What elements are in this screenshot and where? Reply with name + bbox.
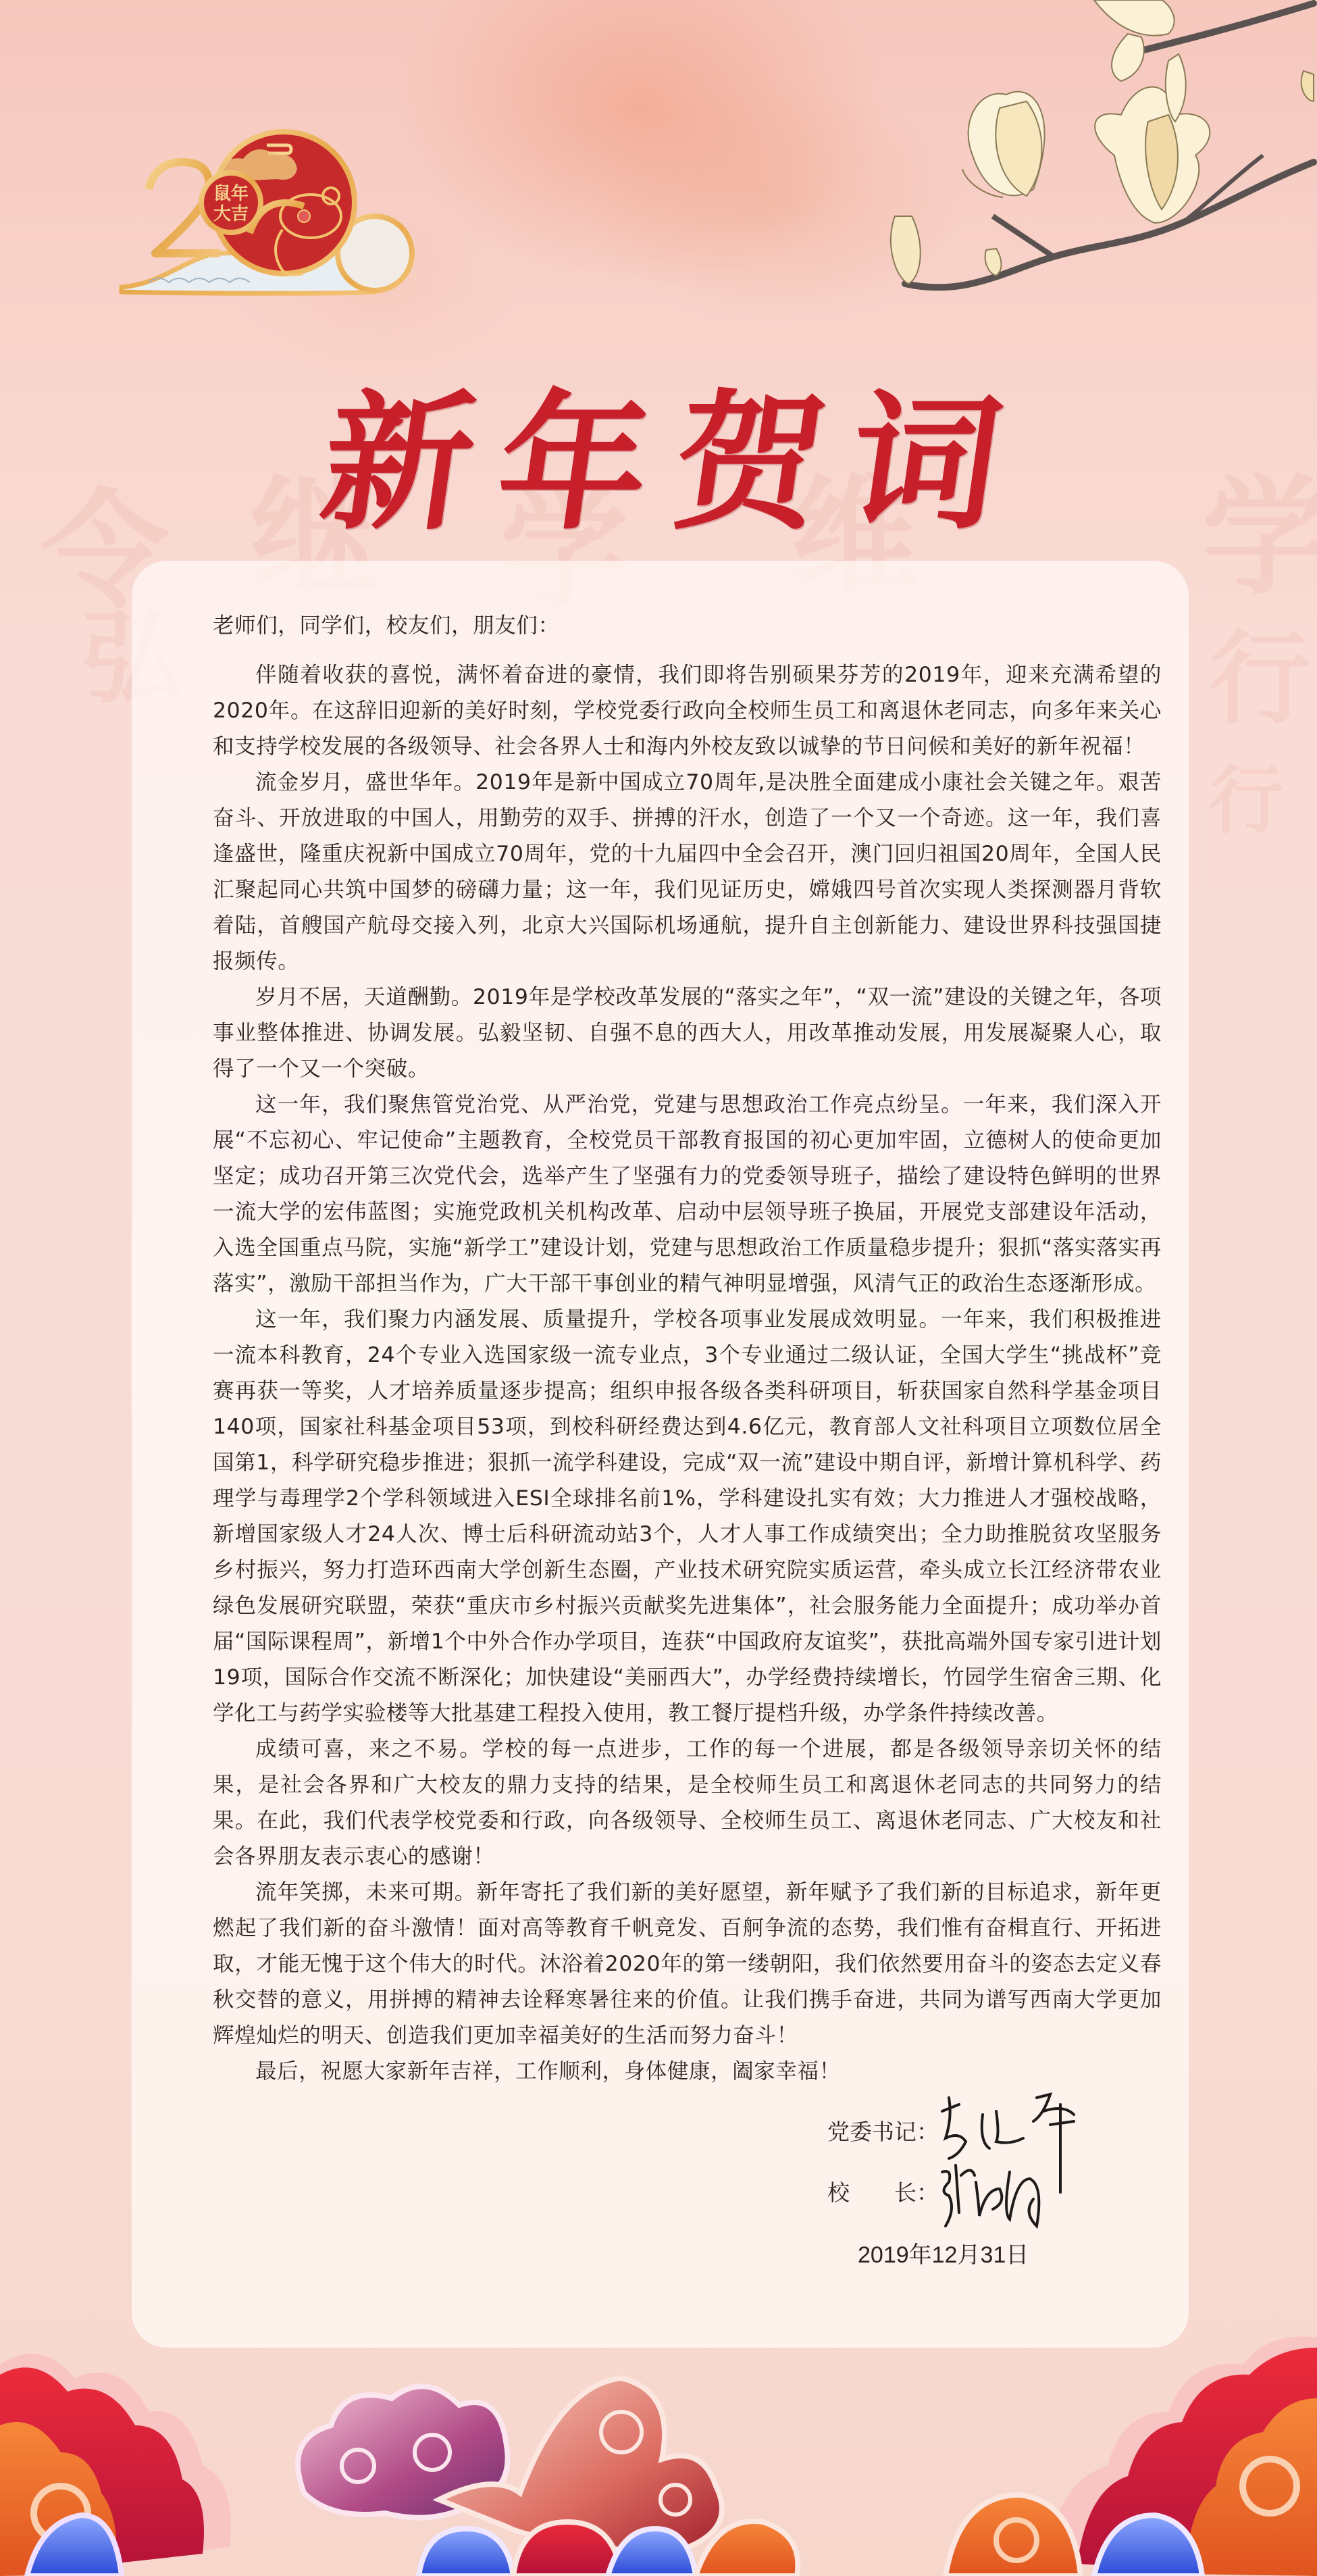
magnolia-branch-decoration bbox=[831, 0, 1317, 311]
title-char: 词 bbox=[840, 388, 1010, 537]
page-title: 新 年 贺 词 bbox=[324, 361, 1000, 564]
signature-label: 校 长： bbox=[827, 2175, 939, 2207]
magnolia-flower-icon bbox=[831, 0, 1317, 311]
signature-label: 党委书记： bbox=[827, 2115, 939, 2146]
letter-date: 2019年12月31日 bbox=[858, 2236, 1029, 2269]
letter-paragraph: 这一年，我们聚力内涵发展、质量提升，学校各项事业发展成效明显。一年来，我们积极推… bbox=[213, 1302, 1162, 1732]
watermark-char: 行 bbox=[1209, 763, 1283, 838]
watermark-char: 行 bbox=[1209, 628, 1310, 730]
letter-paragraph: 岁月不居，天道酬勤。2019年是学校改革发展的“落实之年”，“双一流”建设的关键… bbox=[213, 980, 1162, 1087]
new-year-letter: 老师们，同学们，校友们，朋友们： 伴随着收获的喜悦，满怀着奋进的豪情，我们即将告… bbox=[213, 608, 1162, 2090]
letter-paragraph: 成绩可喜，来之不易。学校的每一点进步，工作的每一个进展，都是各级领导亲切关怀的结… bbox=[213, 1732, 1162, 1875]
auspicious-clouds-decoration bbox=[0, 2324, 1317, 2576]
letter-paragraph: 这一年，我们聚焦管党治党、从严治党，党建与思想政治工作亮点纷呈。一年来，我们深入… bbox=[213, 1087, 1162, 1302]
rat-zodiac-icon: 鼠年 大吉 bbox=[108, 115, 419, 304]
party-secretary-signature-row: 党委书记： bbox=[827, 2115, 939, 2146]
letter-paragraph: 伴随着收获的喜悦，满怀着奋进的豪情，我们即将告别硕果芬芳的2019年，迎来充满希… bbox=[213, 657, 1162, 765]
title-char: 贺 bbox=[665, 388, 835, 537]
handwritten-signature-president bbox=[935, 2158, 1070, 2233]
year-of-rat-logo: 鼠年 大吉 bbox=[108, 115, 419, 304]
auspicious-cloud-icon bbox=[0, 2324, 1317, 2576]
svg-text:大吉: 大吉 bbox=[213, 204, 249, 224]
title-char: 新 bbox=[314, 388, 484, 537]
president-signature-row: 校 长： bbox=[827, 2175, 939, 2207]
salutation: 老师们，同学们，校友们，朋友们： bbox=[213, 608, 1162, 644]
svg-text:鼠年: 鼠年 bbox=[213, 183, 249, 204]
title-char: 年 bbox=[490, 388, 659, 537]
letter-paragraph: 流年笑掷，未来可期。新年寄托了我们新的美好愿望，新年赋予了我们新的目标追求，新年… bbox=[213, 1875, 1162, 2054]
letter-paragraph: 流金岁月，盛世华年。2019年是新中国成立70周年,是决胜全面建成小康社会关键之… bbox=[213, 765, 1162, 980]
watermark-char: 学 bbox=[1202, 473, 1317, 601]
